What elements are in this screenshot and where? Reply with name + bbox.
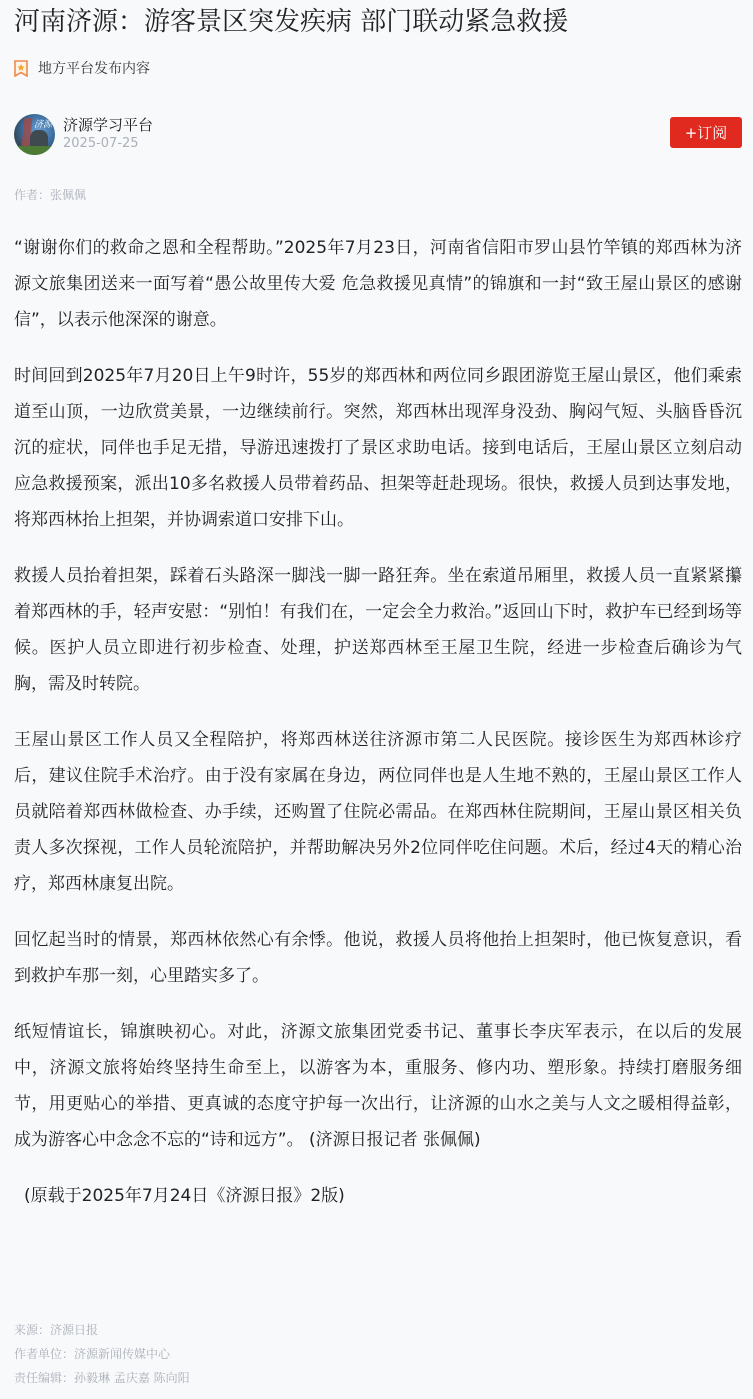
paragraph: 王屋山景区工作人员又全程陪护，将郑西林送往济源市第二人民医院。接诊医生为郑西林诊… [14,722,742,902]
article-body: “谢谢你们的救命之恩和全程帮助。”2025年7月23日，河南省信阳市罗山县竹竿镇… [14,230,742,1234]
badge-label: 地方平台发布内容 [38,58,150,78]
article-meta: 来源：济源日报 作者单位：济源新闻传媒中心 责任编辑：孙毅琳 孟庆嘉 陈向阳 [14,1318,190,1390]
paragraph: “谢谢你们的救命之恩和全程帮助。”2025年7月23日，河南省信阳市罗山县竹竿镇… [14,230,742,338]
paragraph: 回忆起当时的情景，郑西林依然心有余悸。他说，救援人员将他抬上担架时，他已恢复意识… [14,922,742,994]
bookmark-star-icon [14,60,28,77]
editors-line: 责任编辑：孙毅琳 孟庆嘉 陈向阳 [14,1366,190,1390]
article-title: 河南济源：游客景区突发疾病 部门联动紧急救援 [14,4,568,40]
publish-date: 2025-07-25 [63,135,153,153]
local-platform-badge: 地方平台发布内容 [14,57,150,79]
publisher-avatar[interactable]: 济源 [14,114,55,155]
subscribe-button[interactable]: +订阅 [670,117,742,148]
publisher-name[interactable]: 济源学习平台 [63,115,153,135]
origin-note: (原载于2025年7月24日《济源日报》2版) [14,1178,742,1214]
source-line: 来源：济源日报 [14,1318,190,1342]
publisher-info: 济源 济源学习平台 2025-07-25 [14,112,742,156]
paragraph: 救援人员抬着担架，踩着石头路深一脚浅一脚一路狂奔。坐在索道吊厢里，救援人员一直紧… [14,558,742,702]
paragraph: 时间回到2025年7月20日上午9时许，55岁的郑西林和两位同乡跟团游览王屋山景… [14,358,742,538]
author-unit-line: 作者单位：济源新闻传媒中心 [14,1342,190,1366]
byline: 作者：张佩佩 [14,186,86,203]
paragraph: 纸短情谊长，锦旗映初心。对此，济源文旅集团党委书记、董事长李庆军表示，在以后的发… [14,1014,742,1158]
